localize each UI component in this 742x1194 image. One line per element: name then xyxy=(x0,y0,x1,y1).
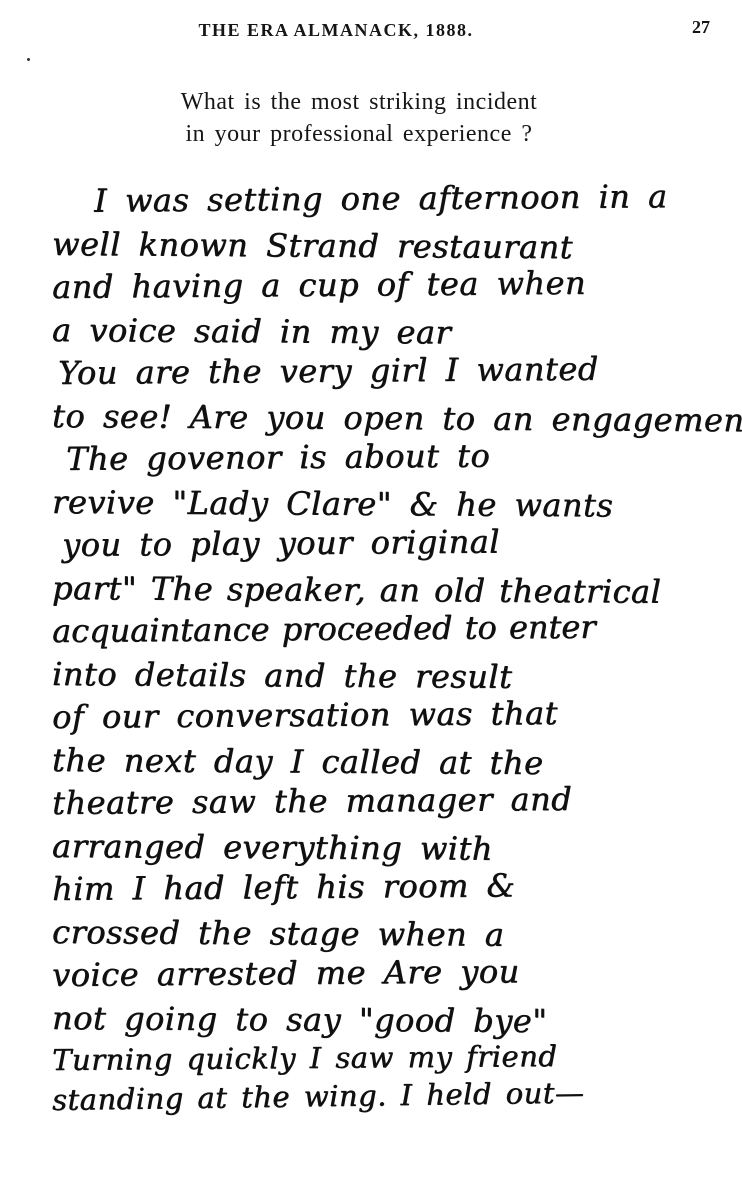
printed-question: What is the most striking incident in yo… xyxy=(0,86,718,150)
printed-question-line-2: in your professional experience ? xyxy=(0,118,718,150)
printed-question-line-1: What is the most striking incident xyxy=(0,86,718,118)
almanack-scanned-page: THE ERA ALMANACK, 1888. 27 What is the m… xyxy=(0,0,742,1194)
manuscript-line: standing at the wing. I held out— xyxy=(52,1071,724,1120)
manuscript-line: You are the very girl I wanted xyxy=(52,347,724,395)
running-head-title: THE ERA ALMANACK, 1888. xyxy=(0,20,672,41)
manuscript-line: I was setting one afternoon in a xyxy=(52,175,724,223)
manuscript-line: theatre saw the manager and xyxy=(52,777,724,825)
manuscript-line: and having a cup of tea when xyxy=(52,261,724,309)
handwritten-answer: I was setting one afternoon in a well kn… xyxy=(52,180,724,1120)
manuscript-line: of our conversation was that xyxy=(52,691,724,739)
manuscript-line: him I had left his room & xyxy=(52,863,724,911)
manuscript-line: voice arrested me Are you xyxy=(52,949,724,997)
manuscript-line: you to play your original xyxy=(52,519,724,567)
ink-speck xyxy=(27,58,30,61)
manuscript-line: acquaintance proceeded to enter xyxy=(52,605,724,653)
page-number: 27 xyxy=(692,17,710,38)
manuscript-line: The govenor is about to xyxy=(52,433,724,481)
